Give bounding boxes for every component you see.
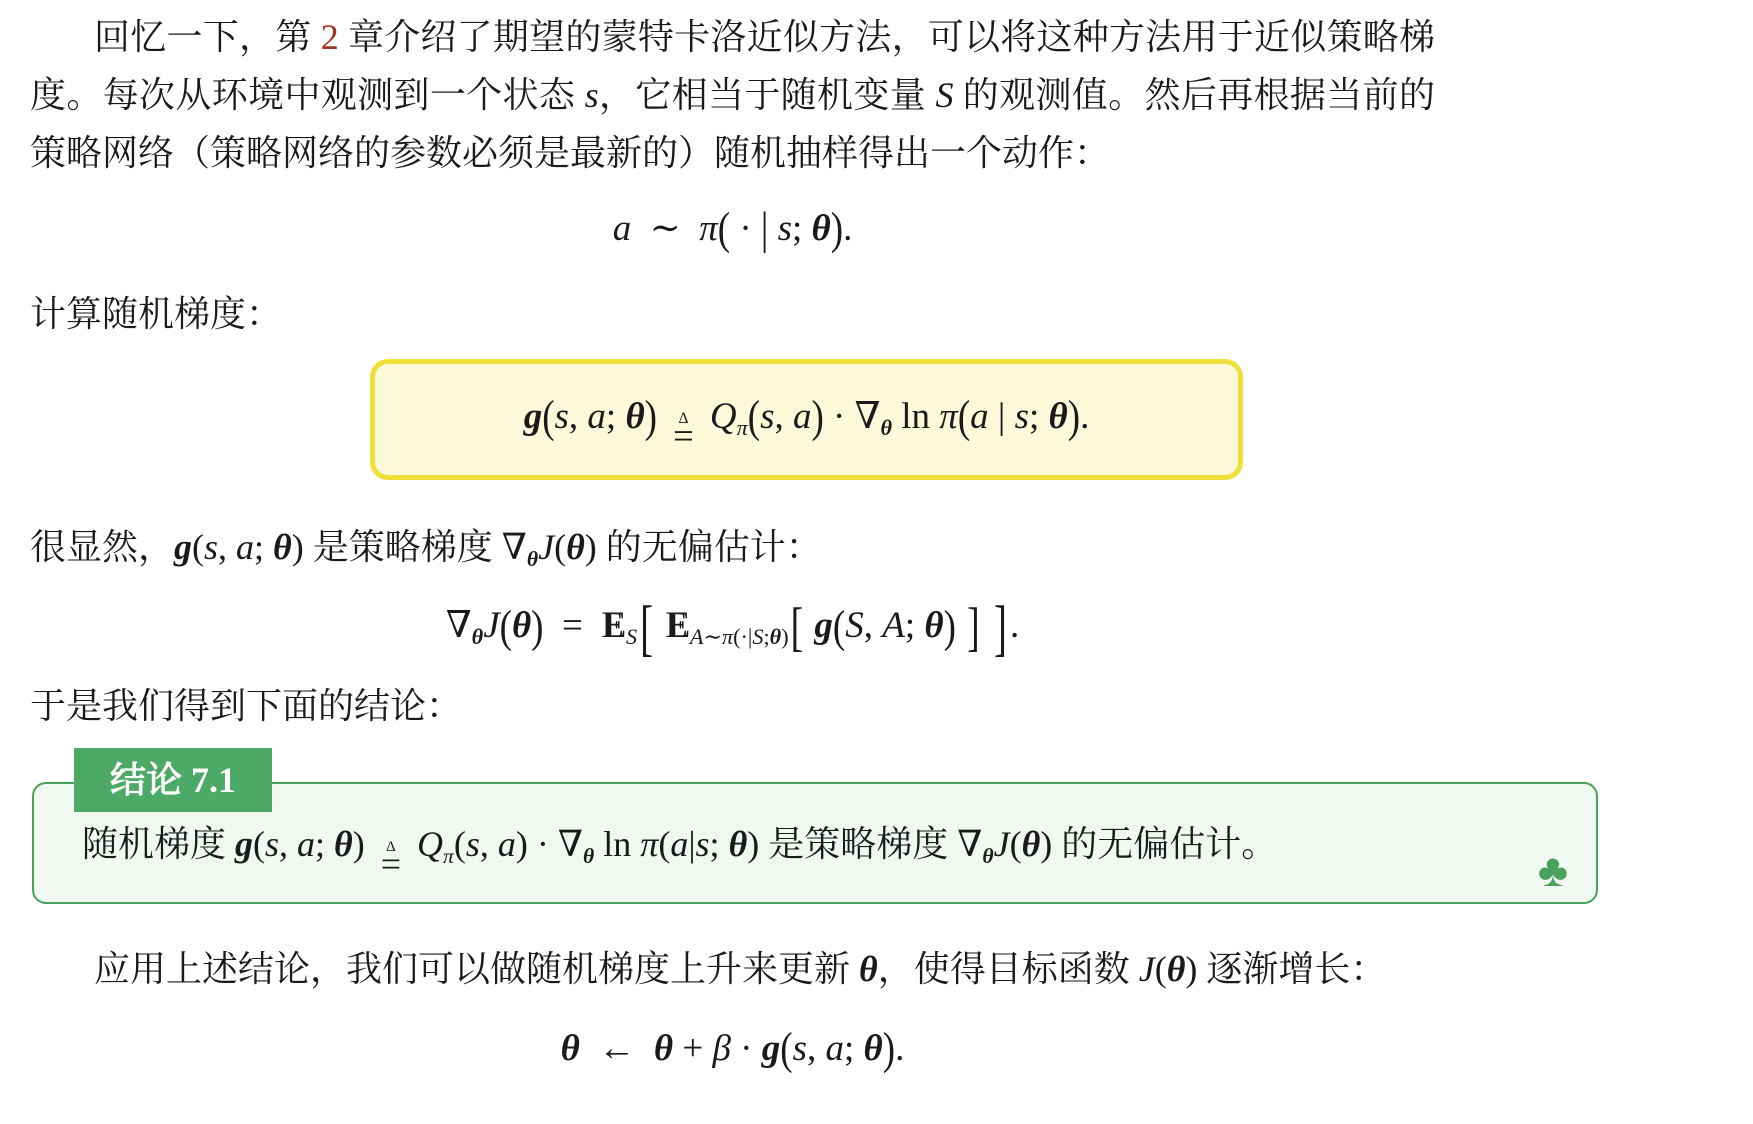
paragraph-conclusion-intro: 于是我们得到下面的结论：: [30, 677, 1753, 735]
paragraph-apply-conclusion: 应用上述结论，我们可以做随机梯度上升来更新 θ，使得目标函数 J(θ) 逐渐增长…: [30, 940, 1435, 998]
paragraph-unbiased-estimate: 很显然，g(s, a; θ) 是策略梯度 ∇θJ(θ) 的无偏估计：: [30, 518, 1435, 588]
triangle-equal-symbol: Δ=: [673, 415, 694, 450]
club-icon: ♣: [1538, 848, 1568, 894]
paragraph-recall: 回忆一下，第 2 章介绍了期望的蒙特卡洛近似方法，可以将这种方法用于近似策略梯度…: [30, 8, 1435, 182]
formula-gradient-ascent: θ ← θ + β · g(s, a; θ).: [30, 1020, 1435, 1079]
conclusion-box: 结论 7.1 随机梯度 g(s, a; θ)Δ=Qπ(s, a) · ∇θ ln…: [32, 782, 1598, 904]
highlight-box: g(s, a; θ)Δ=Qπ(s, a) · ∇θ ln π(a | s; θ)…: [370, 359, 1243, 480]
textbook-page: 回忆一下，第 2 章介绍了期望的蒙特卡洛近似方法，可以将这种方法用于近似策略梯度…: [0, 0, 1753, 1078]
formula-policy-gradient-expectation: ∇θJ(θ) = ES[ EA∼π(·|S;θ)[ g(S, A; θ) ] ]…: [30, 597, 1435, 658]
conclusion-text: 随机梯度 g(s, a; θ)Δ=Qπ(s, a) · ∇θ ln π(a|s;…: [82, 816, 1516, 878]
triangle-equal-symbol: Δ=: [381, 843, 401, 877]
formula-stochastic-gradient: g(s, a; θ)Δ=Qπ(s, a) · ∇θ ln π(a | s; θ)…: [385, 388, 1228, 451]
formula-action-sampling: a ∼ π( · | s; θ).: [30, 200, 1435, 259]
label-compute-gradient: 计算随机梯度：: [30, 285, 1753, 343]
conclusion-badge: 结论 7.1: [74, 748, 272, 813]
chapter-link[interactable]: 2: [321, 17, 339, 57]
